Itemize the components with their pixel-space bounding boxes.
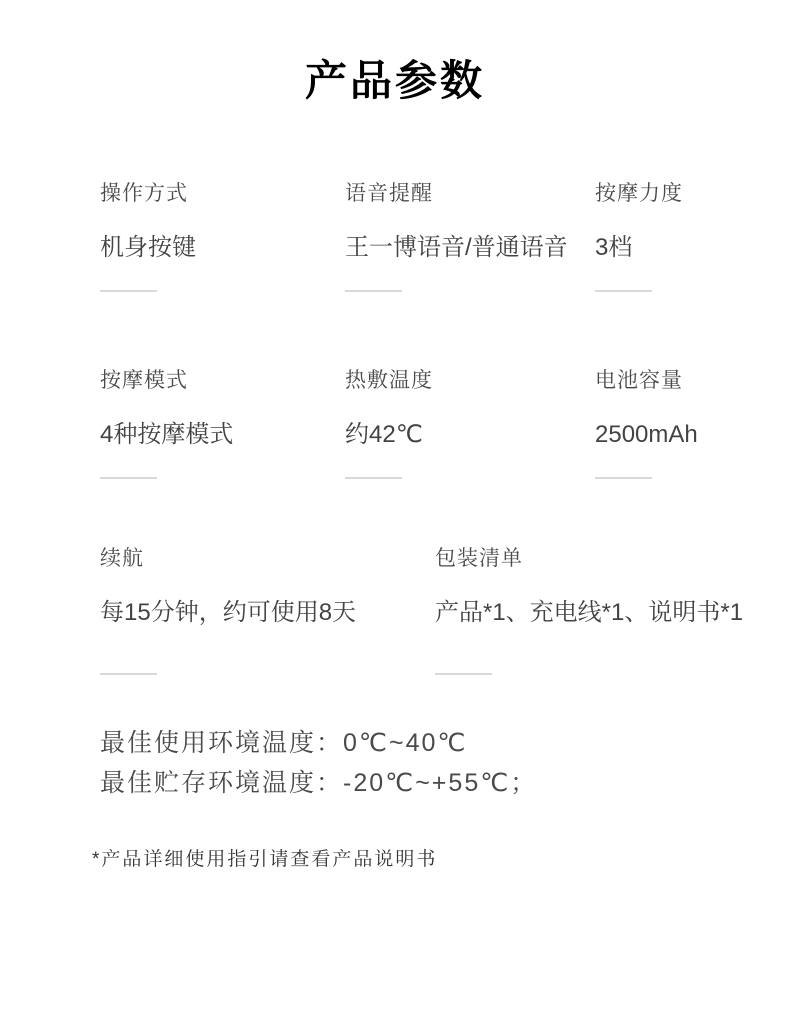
spec-row-3: 续航 每15分钟，约可使用8天 包装清单 产品*1、充电线*1、说明书*1 xyxy=(100,548,790,675)
divider xyxy=(100,290,157,292)
spec-value: 每15分钟，约可使用8天 xyxy=(100,601,435,625)
spec-item-massage-modes: 按摩模式 4种按摩模式 xyxy=(100,370,345,479)
spec-value: 产品*1、充电线*1、说明书*1 xyxy=(435,601,790,625)
spec-row-1: 操作方式 机身按键 语音提醒 王一博语音/普通语音 按摩力度 3档 xyxy=(100,183,790,292)
page-title: 产品参数 xyxy=(0,48,790,108)
spec-item-massage-intensity: 按摩力度 3档 xyxy=(595,183,790,292)
spec-value: 2500mAh xyxy=(595,423,790,447)
divider xyxy=(345,477,402,479)
spec-label: 按摩模式 xyxy=(100,370,345,391)
spec-label: 包装清单 xyxy=(435,548,790,569)
spec-value: 3档 xyxy=(595,236,790,260)
spec-item-battery-life: 续航 每15分钟，约可使用8天 xyxy=(100,548,435,675)
spec-value: 机身按键 xyxy=(100,236,345,260)
spec-label: 热敷温度 xyxy=(345,370,595,391)
spec-label: 电池容量 xyxy=(595,370,790,391)
spec-item-battery-capacity: 电池容量 2500mAh xyxy=(595,370,790,479)
spec-item-operation-mode: 操作方式 机身按键 xyxy=(100,183,345,292)
spec-value: 4种按摩模式 xyxy=(100,423,345,447)
spec-item-voice-prompt: 语音提醒 王一博语音/普通语音 xyxy=(345,183,595,292)
divider xyxy=(595,477,652,479)
spec-row-2: 按摩模式 4种按摩模式 热敷温度 约42℃ 电池容量 2500mAh xyxy=(100,370,790,479)
storage-temperature-note: 最佳贮存环境温度：-20℃~+55℃； xyxy=(100,763,537,803)
temperature-notes: 最佳使用环境温度：0℃~40℃ 最佳贮存环境温度：-20℃~+55℃； xyxy=(100,723,537,803)
divider xyxy=(100,477,157,479)
product-parameters-page: 产品参数 操作方式 机身按键 语音提醒 王一博语音/普通语音 按摩力度 3档 按… xyxy=(0,0,790,1030)
spec-label: 语音提醒 xyxy=(345,183,595,204)
divider xyxy=(345,290,402,292)
spec-value: 约42℃ xyxy=(345,423,595,447)
divider xyxy=(100,673,157,675)
divider xyxy=(595,290,652,292)
spec-item-package-contents: 包装清单 产品*1、充电线*1、说明书*1 xyxy=(435,548,790,675)
divider xyxy=(435,673,492,675)
footnote: *产品详细使用指引请查看产品说明书 xyxy=(92,847,437,874)
spec-label: 操作方式 xyxy=(100,183,345,204)
spec-label: 续航 xyxy=(100,548,435,569)
spec-item-heat-temperature: 热敷温度 约42℃ xyxy=(345,370,595,479)
operating-temperature-note: 最佳使用环境温度：0℃~40℃ xyxy=(100,723,537,763)
spec-value: 王一博语音/普通语音 xyxy=(345,236,595,260)
spec-label: 按摩力度 xyxy=(595,183,790,204)
